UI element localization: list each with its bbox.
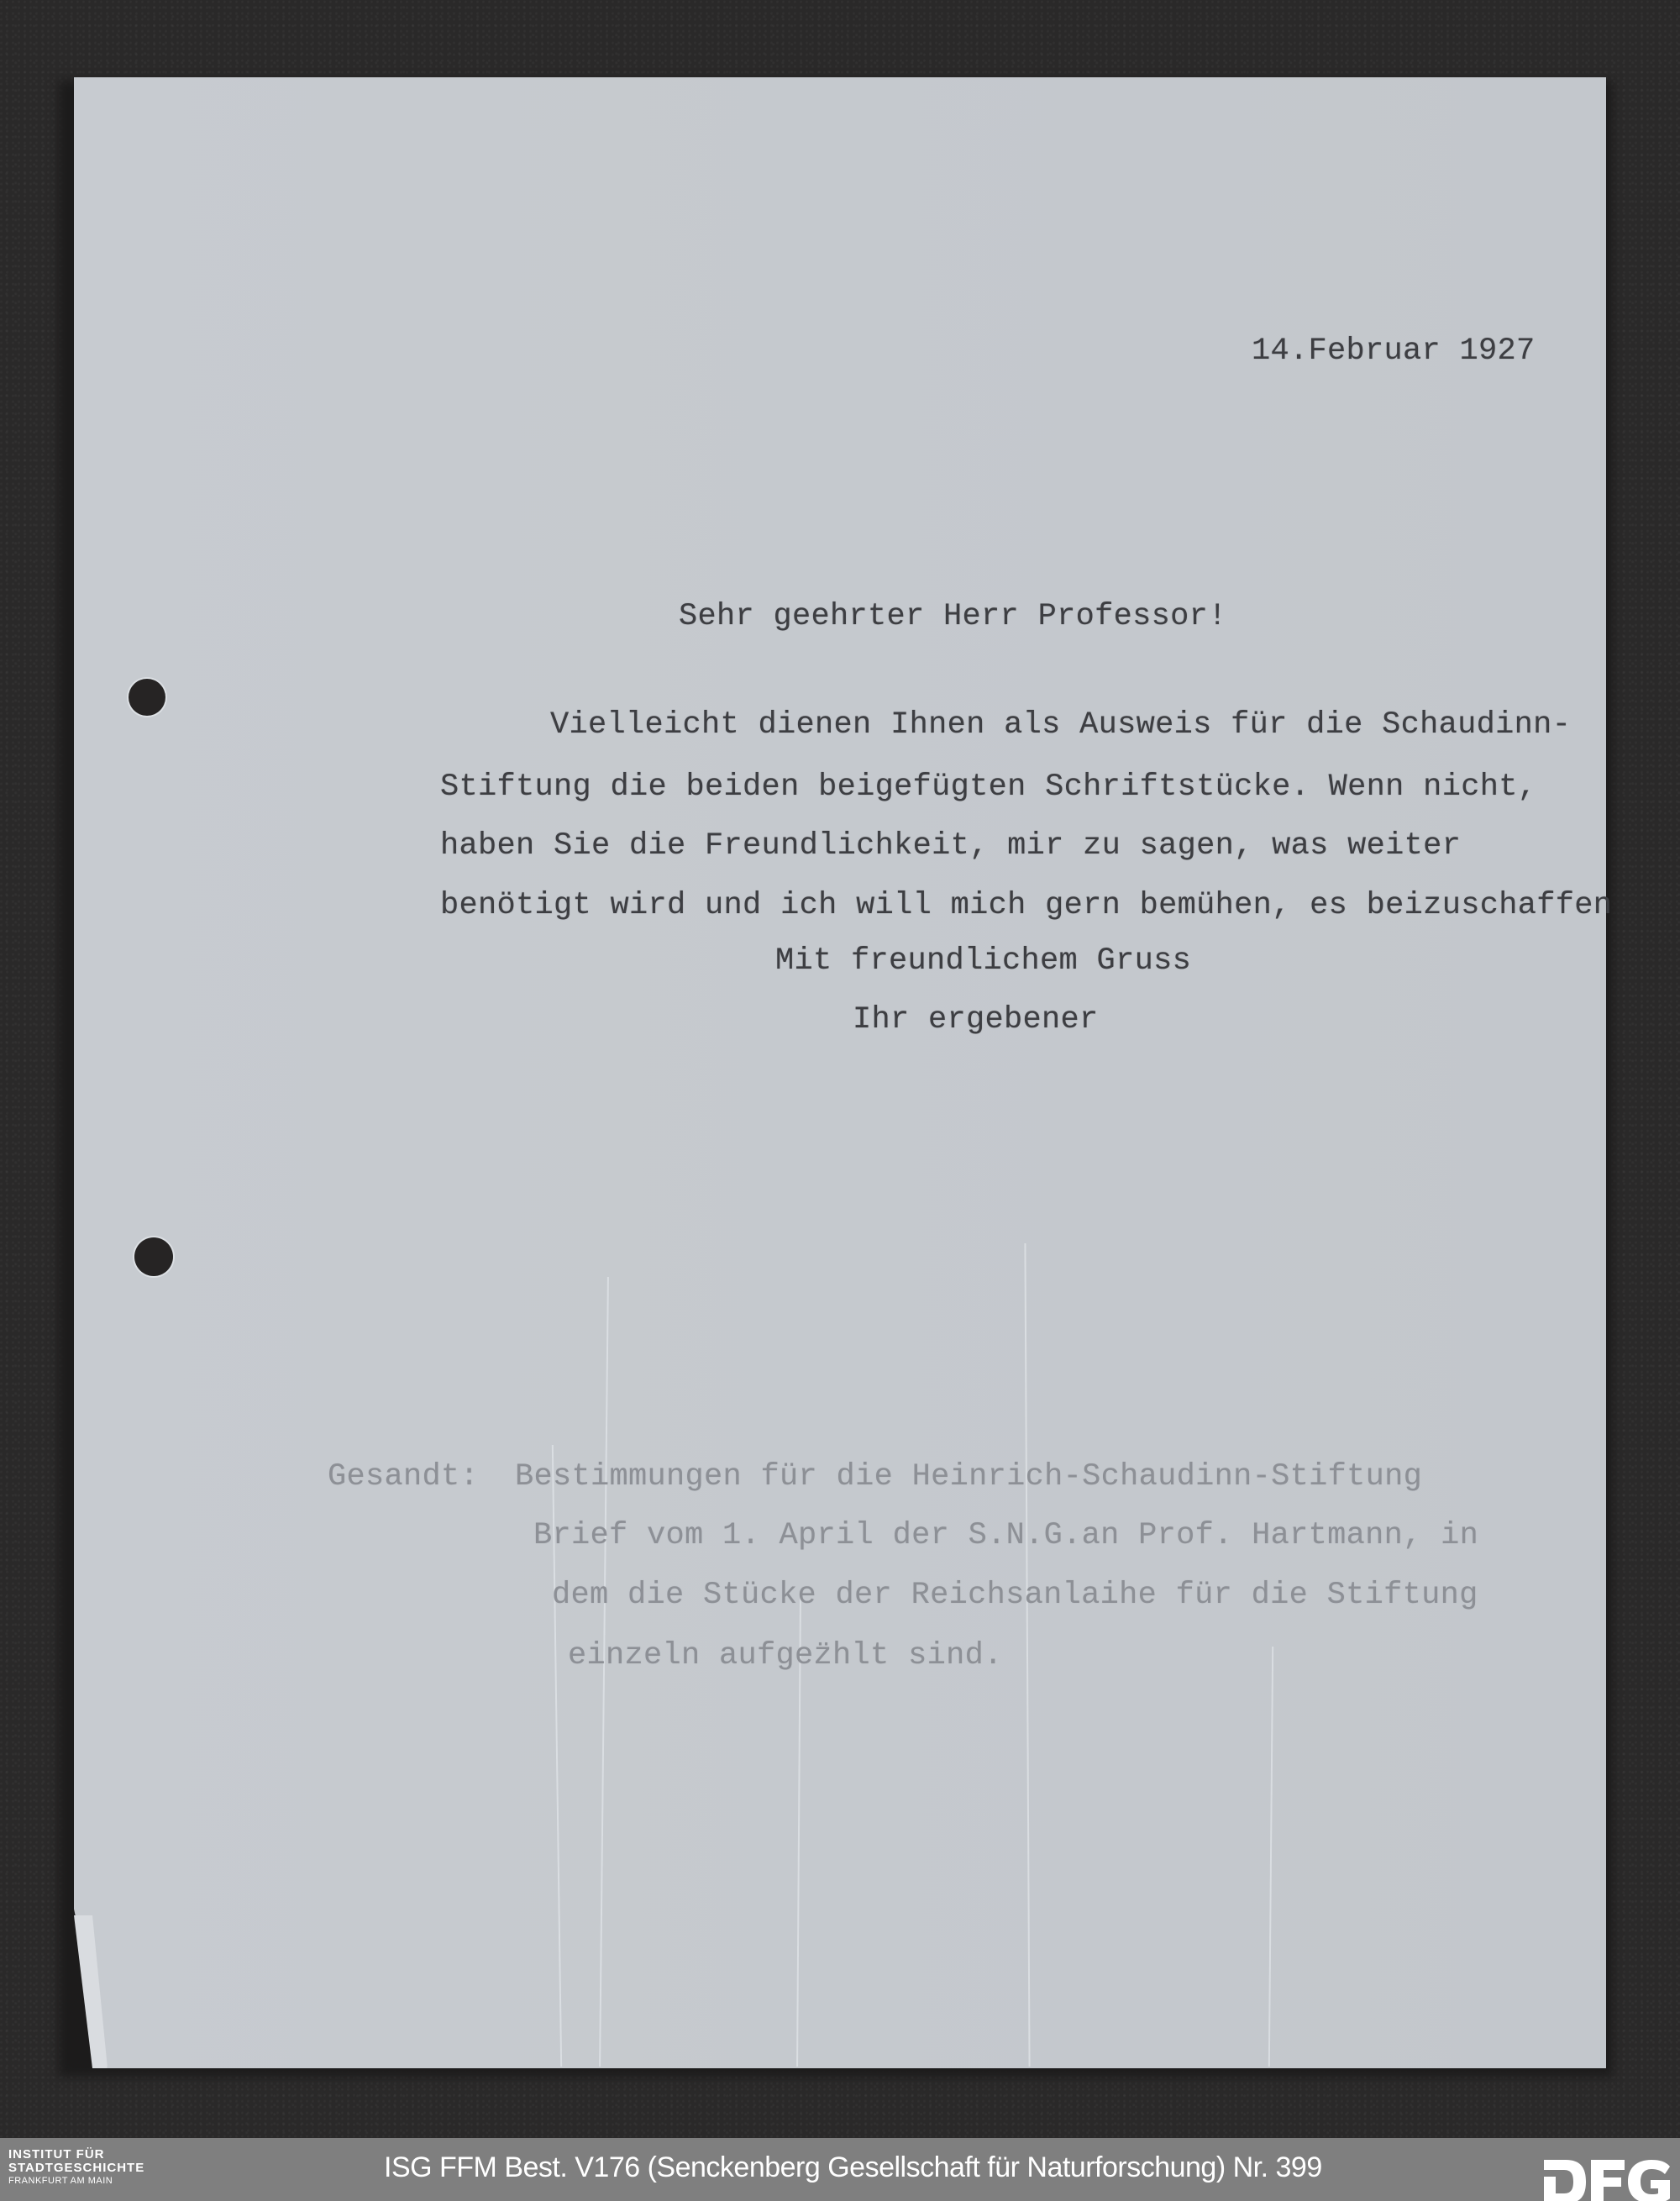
letter-sheet: [74, 77, 1606, 2068]
letter-body-line-4: benötigt wird und ich will mich gern bem…: [440, 889, 1612, 922]
dfg-logo-icon: [1544, 2160, 1670, 2201]
archive-reference-title: ISG FFM Best. V176 (Senckenberg Gesellsc…: [384, 2149, 1322, 2186]
letter-date: 14.Februar 1927: [1252, 334, 1536, 368]
institution-name-line-1: INSTITUT FÜR: [8, 2148, 144, 2162]
letter-salutation: Sehr geehrter Herr Professor!: [679, 600, 1227, 633]
letter-closing: Mit freundlichem Gruss: [775, 944, 1191, 978]
archive-footer-bar: INSTITUT FÜR STADTGESCHICHTE FRANKFURT A…: [0, 2138, 1680, 2201]
enclosure-line-2: Brief vom 1. April der S.N.G.an Prof. Ha…: [533, 1519, 1478, 1552]
punch-hole-upper: [129, 679, 165, 716]
letter-body-line-1: Vielleicht dienen Ihnen als Ausweis für …: [550, 708, 1571, 742]
letter-body-line-2: Stiftung die beiden beigefügten Schrifts…: [440, 770, 1536, 804]
enclosure-line-4: einzeln aufgez̈hlt sind.: [568, 1639, 1003, 1673]
letter-body-line-3: haben Sie die Freundlichkeit, mir zu sag…: [440, 829, 1461, 863]
institution-location: FRANKFURT AM MAIN: [8, 2175, 144, 2187]
institution-logo: INSTITUT FÜR STADTGESCHICHTE FRANKFURT A…: [8, 2148, 144, 2187]
enclosures-label: Gesandt:: [328, 1460, 479, 1494]
enclosure-line-3: dem die Stücke der Reichsanlaihe für die…: [552, 1579, 1478, 1612]
institution-name-line-2: STADTGESCHICHTE: [8, 2162, 144, 2175]
punch-hole-lower: [134, 1237, 173, 1276]
enclosure-line-1: Bestimmungen für die Heinrich-Schaudinn-…: [515, 1460, 1422, 1494]
letter-signoff: Ihr ergebener: [853, 1003, 1099, 1037]
